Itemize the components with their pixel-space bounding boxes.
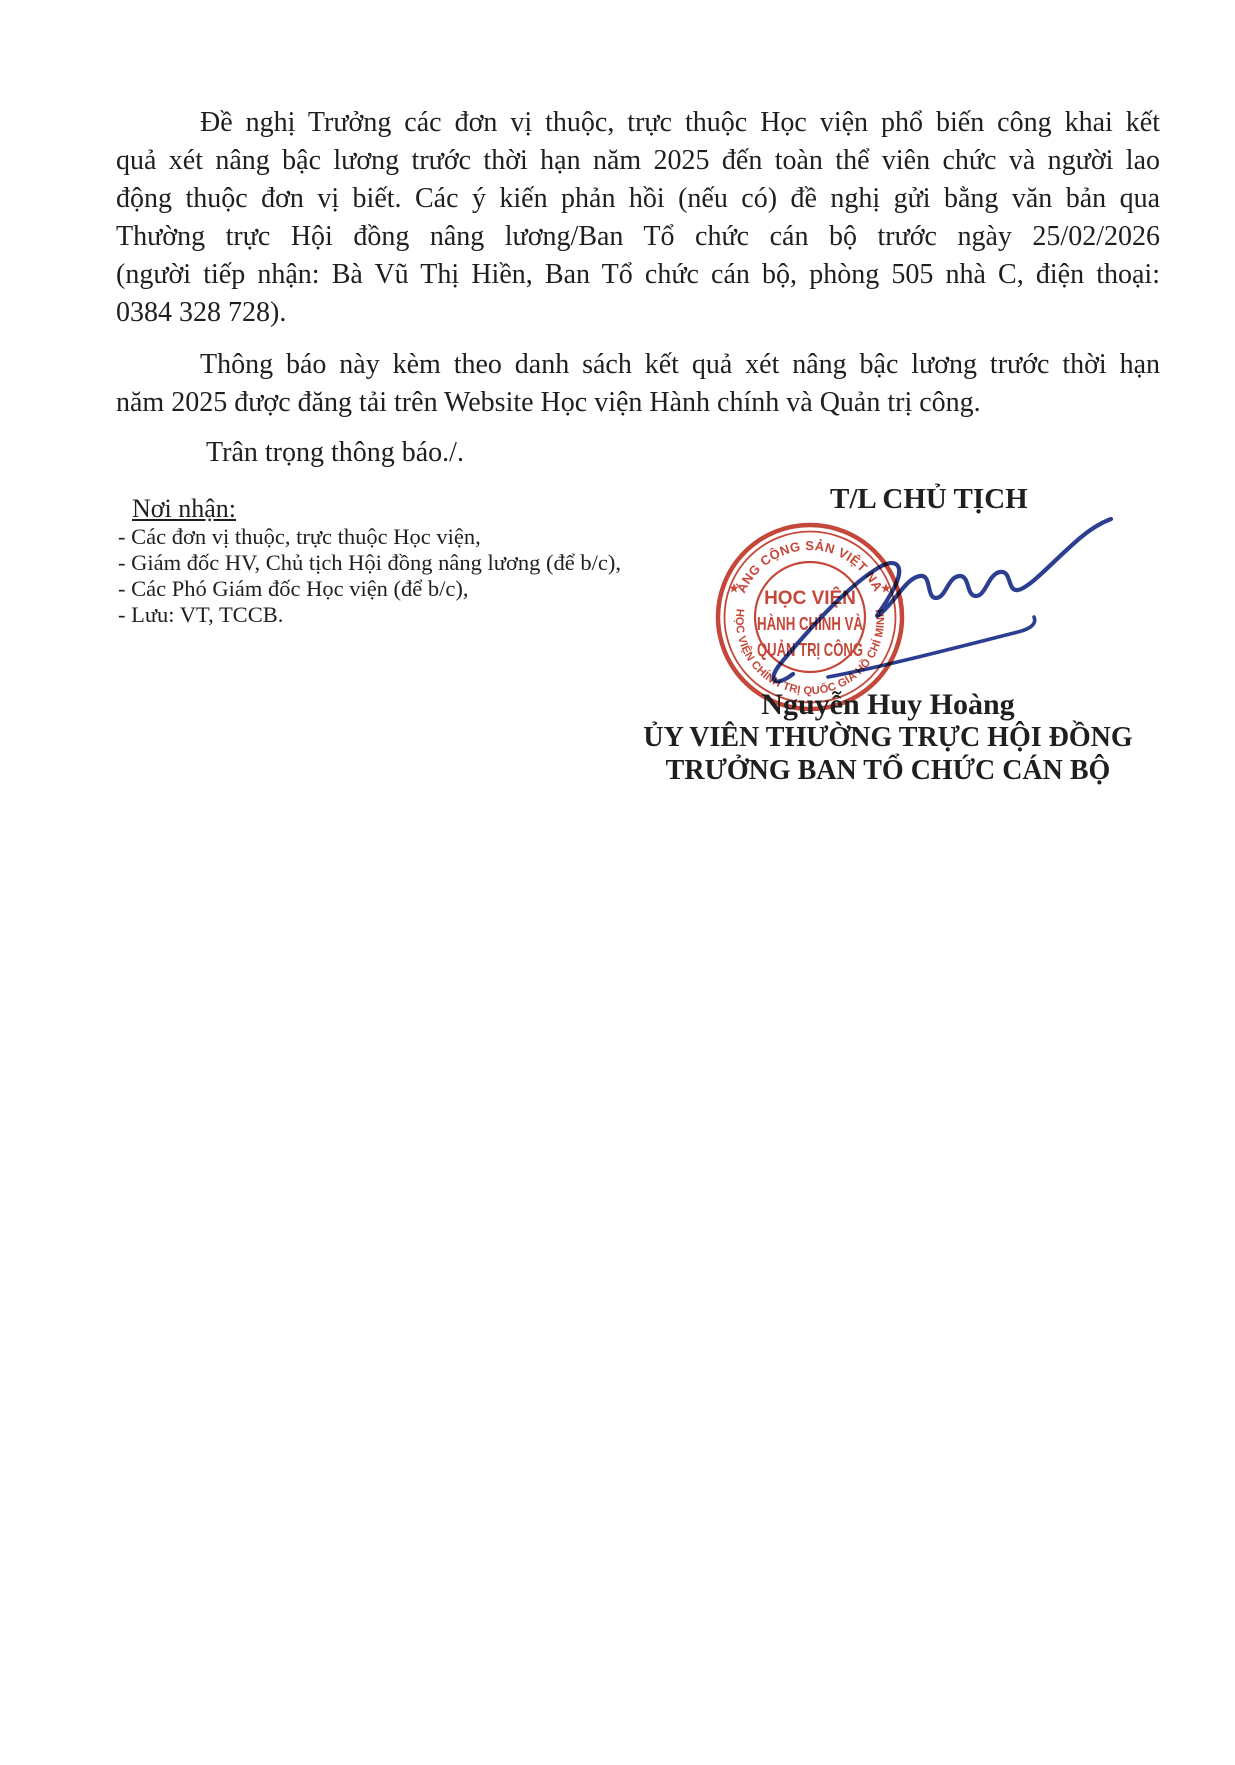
body-line: quả xét nâng bậc lương trước thời hạn nă… xyxy=(116,142,1160,180)
signer-role-1: ỦY VIÊN THƯỜNG TRỰC HỘI ĐỒNG xyxy=(615,721,1161,754)
body-line: Thường trực Hội đồng nâng lương/Ban Tổ c… xyxy=(116,218,1160,256)
recipient-item: - Các Phó Giám đốc Học viện (để b/c), xyxy=(118,576,621,602)
recipient-item: - Các đơn vị thuộc, trực thuộc Học viện, xyxy=(118,524,621,550)
signature-main-stroke xyxy=(773,519,1111,681)
paragraph-2: Thông báo này kèm theo danh sách kết quả… xyxy=(116,346,1160,422)
body-line: (người tiếp nhận: Bà Vũ Thị Hiền, Ban Tổ… xyxy=(116,256,1160,294)
body-line: Thông báo này kèm theo danh sách kết quả… xyxy=(116,346,1160,384)
recipient-item: - Lưu: VT, TCCB. xyxy=(118,602,621,628)
body-line: động thuộc đơn vị biết. Các ý kiến phản … xyxy=(116,180,1160,218)
body-line: Đề nghị Trưởng các đơn vị thuộc, trực th… xyxy=(116,104,1160,142)
document-page: Đề nghị Trưởng các đơn vị thuộc, trực th… xyxy=(0,0,1235,1765)
signature-underline-stroke xyxy=(828,617,1035,677)
signer-name: Nguyễn Huy Hoàng xyxy=(615,688,1161,721)
signer-block: Nguyễn Huy Hoàng ỦY VIÊN THƯỜNG TRỰC HỘI… xyxy=(615,688,1161,787)
recipients-block: Nơi nhận: - Các đơn vị thuộc, trực thuộc… xyxy=(118,493,621,628)
body-line: năm 2025 được đăng tải trên Website Học … xyxy=(116,384,1160,422)
recipients-header: Nơi nhận: xyxy=(132,493,621,524)
body-line: 0384 328 728). xyxy=(116,294,1160,332)
paragraph-1: Đề nghị Trưởng các đơn vị thuộc, trực th… xyxy=(116,104,1160,332)
signer-role-2: TRƯỞNG BAN TỔ CHỨC CÁN BỘ xyxy=(615,754,1161,787)
signature-ink xyxy=(700,450,1140,700)
recipient-item: - Giám đốc HV, Chủ tịch Hội đồng nâng lư… xyxy=(118,550,621,576)
